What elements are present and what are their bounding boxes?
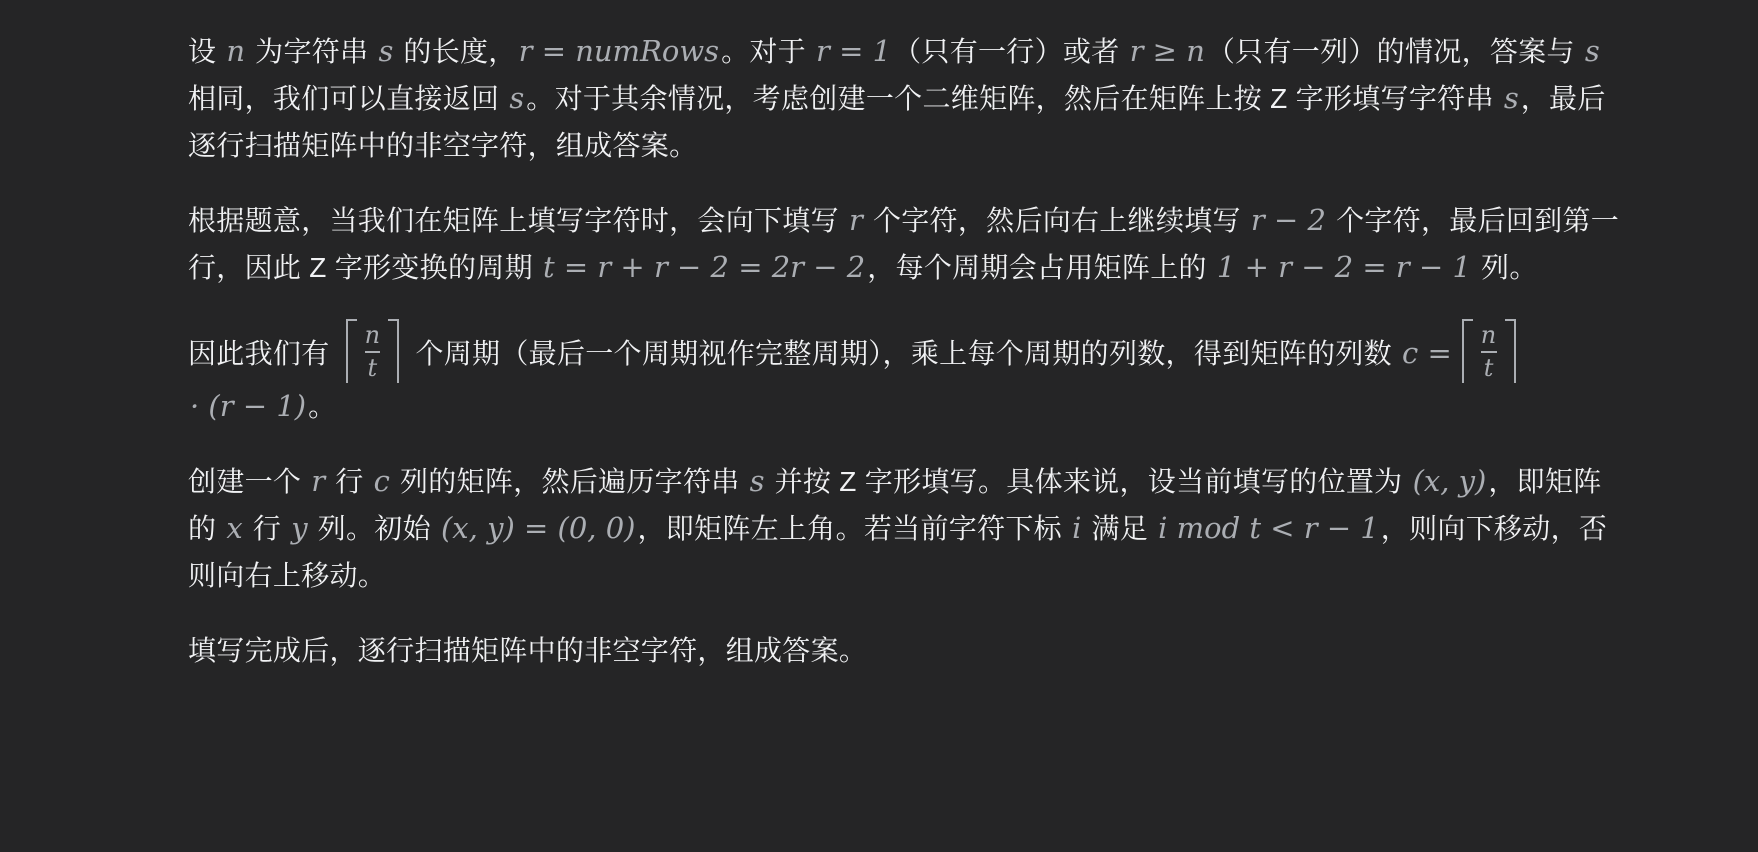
text-run: 个字符，然后向右上继续填写 (865, 205, 1249, 236)
math-inline: i (1070, 511, 1083, 545)
math-inline: · (r − 1) (188, 389, 308, 423)
math-inline: (x, y) = (0, 0) (439, 511, 638, 545)
math-inline: s (376, 34, 395, 68)
text-run: ，即矩阵左上角。若当前字符下标 (637, 513, 1070, 544)
math-inline: (x, y) (1411, 464, 1489, 498)
ceiling-right-bracket (1505, 319, 1516, 383)
text-run: 列。 (1473, 252, 1538, 283)
math-inline: r ≥ n (1128, 34, 1207, 68)
text-run: （只有一列）的情况，答案与 (1207, 36, 1583, 67)
math-inline: r (309, 464, 327, 498)
text-run: 个周期（最后一个周期视作完整周期），乘上每个周期的列数，得到矩阵的列数 (407, 338, 1400, 369)
fraction-numerator: n (1481, 322, 1497, 349)
ceiling-left-bracket (346, 319, 357, 383)
solution-paragraph-5: 填写完成后，逐行扫描矩阵中的非空字符，组成答案。 (188, 627, 1625, 674)
text-run: 满足 (1083, 513, 1156, 544)
text-run: 。对于其余情况，考虑创建一个二维矩阵，然后在矩阵上按 Z 字形填写字符串 (526, 83, 1502, 114)
text-run: 行 (245, 513, 289, 544)
math-inline: t = r + r − 2 = 2r − 2 (541, 250, 867, 284)
fraction-denominator: t (368, 355, 378, 382)
math-ceil-fraction: nt (346, 319, 400, 383)
text-run: 行 (327, 466, 371, 497)
text-run: 相同，我们可以直接返回 (188, 83, 507, 114)
math-inline: s (507, 81, 526, 115)
ceiling-right-bracket (388, 319, 399, 383)
solution-page: { "page": { "background": "#252526", "te… (0, 0, 1758, 852)
solution-paragraph-2: 根据题意，当我们在矩阵上填写字符时，会向下填写 r 个字符，然后向右上继续填写 … (188, 197, 1625, 291)
text-run: 的长度， (395, 36, 516, 67)
fraction-stack: nt (357, 319, 389, 383)
math-inline: y (289, 511, 309, 545)
text-run: 为字符串 (247, 36, 376, 67)
solution-paragraph-3: 因此我们有 nt 个周期（最后一个周期视作完整周期），乘上每个周期的列数，得到矩… (188, 319, 1625, 430)
fraction-bar (365, 351, 381, 353)
text-run: 并按 Z 字形填写。具体来说，设当前填写的位置为 (767, 466, 1411, 497)
math-inline: s (1583, 34, 1602, 68)
text-run: 因此我们有 (188, 338, 338, 369)
math-inline: r (847, 203, 865, 237)
math-inline: x (224, 511, 244, 545)
math-inline: s (748, 464, 767, 498)
text-run: 填写完成后，逐行扫描矩阵中的非空字符，组成答案。 (188, 635, 867, 666)
fraction-denominator: t (1484, 355, 1494, 382)
solution-paragraph-4: 创建一个 r 行 c 列的矩阵，然后遍历字符串 s 并按 Z 字形填写。具体来说… (188, 458, 1625, 599)
solution-paragraph-1: 设 n 为字符串 s 的长度，r = numRows。对于 r = 1（只有一行… (188, 28, 1625, 169)
text-run: 根据题意，当我们在矩阵上填写字符时，会向下填写 (188, 205, 847, 236)
math-inline: s (1502, 81, 1521, 115)
text-run: （只有一行）或者 (893, 36, 1127, 67)
text-run: 创建一个 (188, 466, 309, 497)
math-inline: n (224, 34, 247, 68)
fraction-numerator: n (365, 322, 381, 349)
math-inline: c = (1400, 336, 1454, 370)
text-run: 。对于 (721, 36, 814, 67)
fraction-stack: nt (1473, 319, 1505, 383)
fraction-bar (1481, 351, 1497, 353)
math-inline: r = 1 (814, 34, 893, 68)
math-ceil-fraction: nt (1462, 319, 1516, 383)
ceiling-left-bracket (1462, 319, 1473, 383)
math-inline: c (372, 464, 392, 498)
math-inline: 1 + r − 2 = r − 1 (1215, 250, 1473, 284)
text-run: 列。初始 (310, 513, 439, 544)
math-inline: r − 2 (1249, 203, 1328, 237)
text-run: ，每个周期会占用矩阵上的 (867, 252, 1215, 283)
text-run: 列的矩阵，然后遍历字符串 (392, 466, 748, 497)
text-run: 设 (188, 36, 224, 67)
math-inline: r = numRows (517, 34, 721, 68)
solution-content: 设 n 为字符串 s 的长度，r = numRows。对于 r = 1（只有一行… (0, 0, 1758, 674)
text-run: 。 (308, 391, 336, 422)
math-inline: i mod t < r − 1 (1156, 511, 1381, 545)
